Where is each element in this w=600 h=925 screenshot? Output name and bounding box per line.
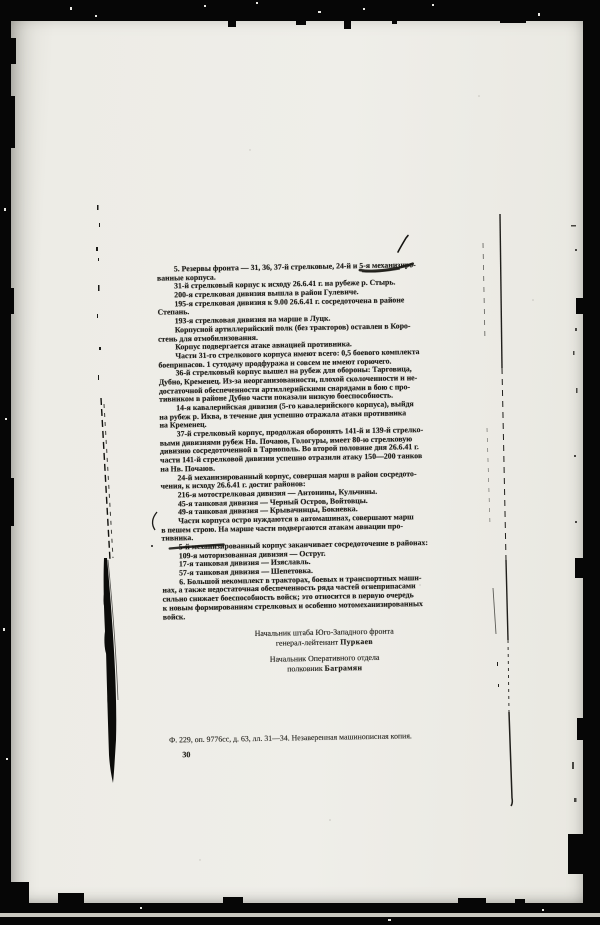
document-body: 5. Резервы фронта — 31, 36, 37-й стрелко… <box>157 260 479 622</box>
paper-page: 5. Резервы фронта — 31, 36, 37-й стрелко… <box>11 21 584 903</box>
scanned-document-page: 5. Резервы фронта — 31, 36, 37-й стрелко… <box>0 0 600 925</box>
page-number: 30 <box>182 750 190 759</box>
scan-border-bottom-edge <box>0 917 600 925</box>
signature-block: Начальник штаба Юго-Западного фронта ген… <box>209 626 440 675</box>
signature-name-2: Баграмян <box>325 663 363 673</box>
signature-rank-1: генерал-лейтенант <box>276 637 339 647</box>
signature-name-1: Пуркаев <box>340 636 373 646</box>
skewed-content: 5. Резервы фронта — 31, 36, 37-й стрелко… <box>4 16 592 908</box>
scan-border-left <box>0 0 11 925</box>
scan-border-right <box>583 0 600 925</box>
scan-border-bottom <box>0 903 600 913</box>
archival-reference: Ф. 229, оп. 9776сс, д. 63, лл. 31—34. Не… <box>169 731 412 744</box>
scan-border-top <box>0 0 600 21</box>
signature-rank-2: полковник <box>287 663 323 673</box>
